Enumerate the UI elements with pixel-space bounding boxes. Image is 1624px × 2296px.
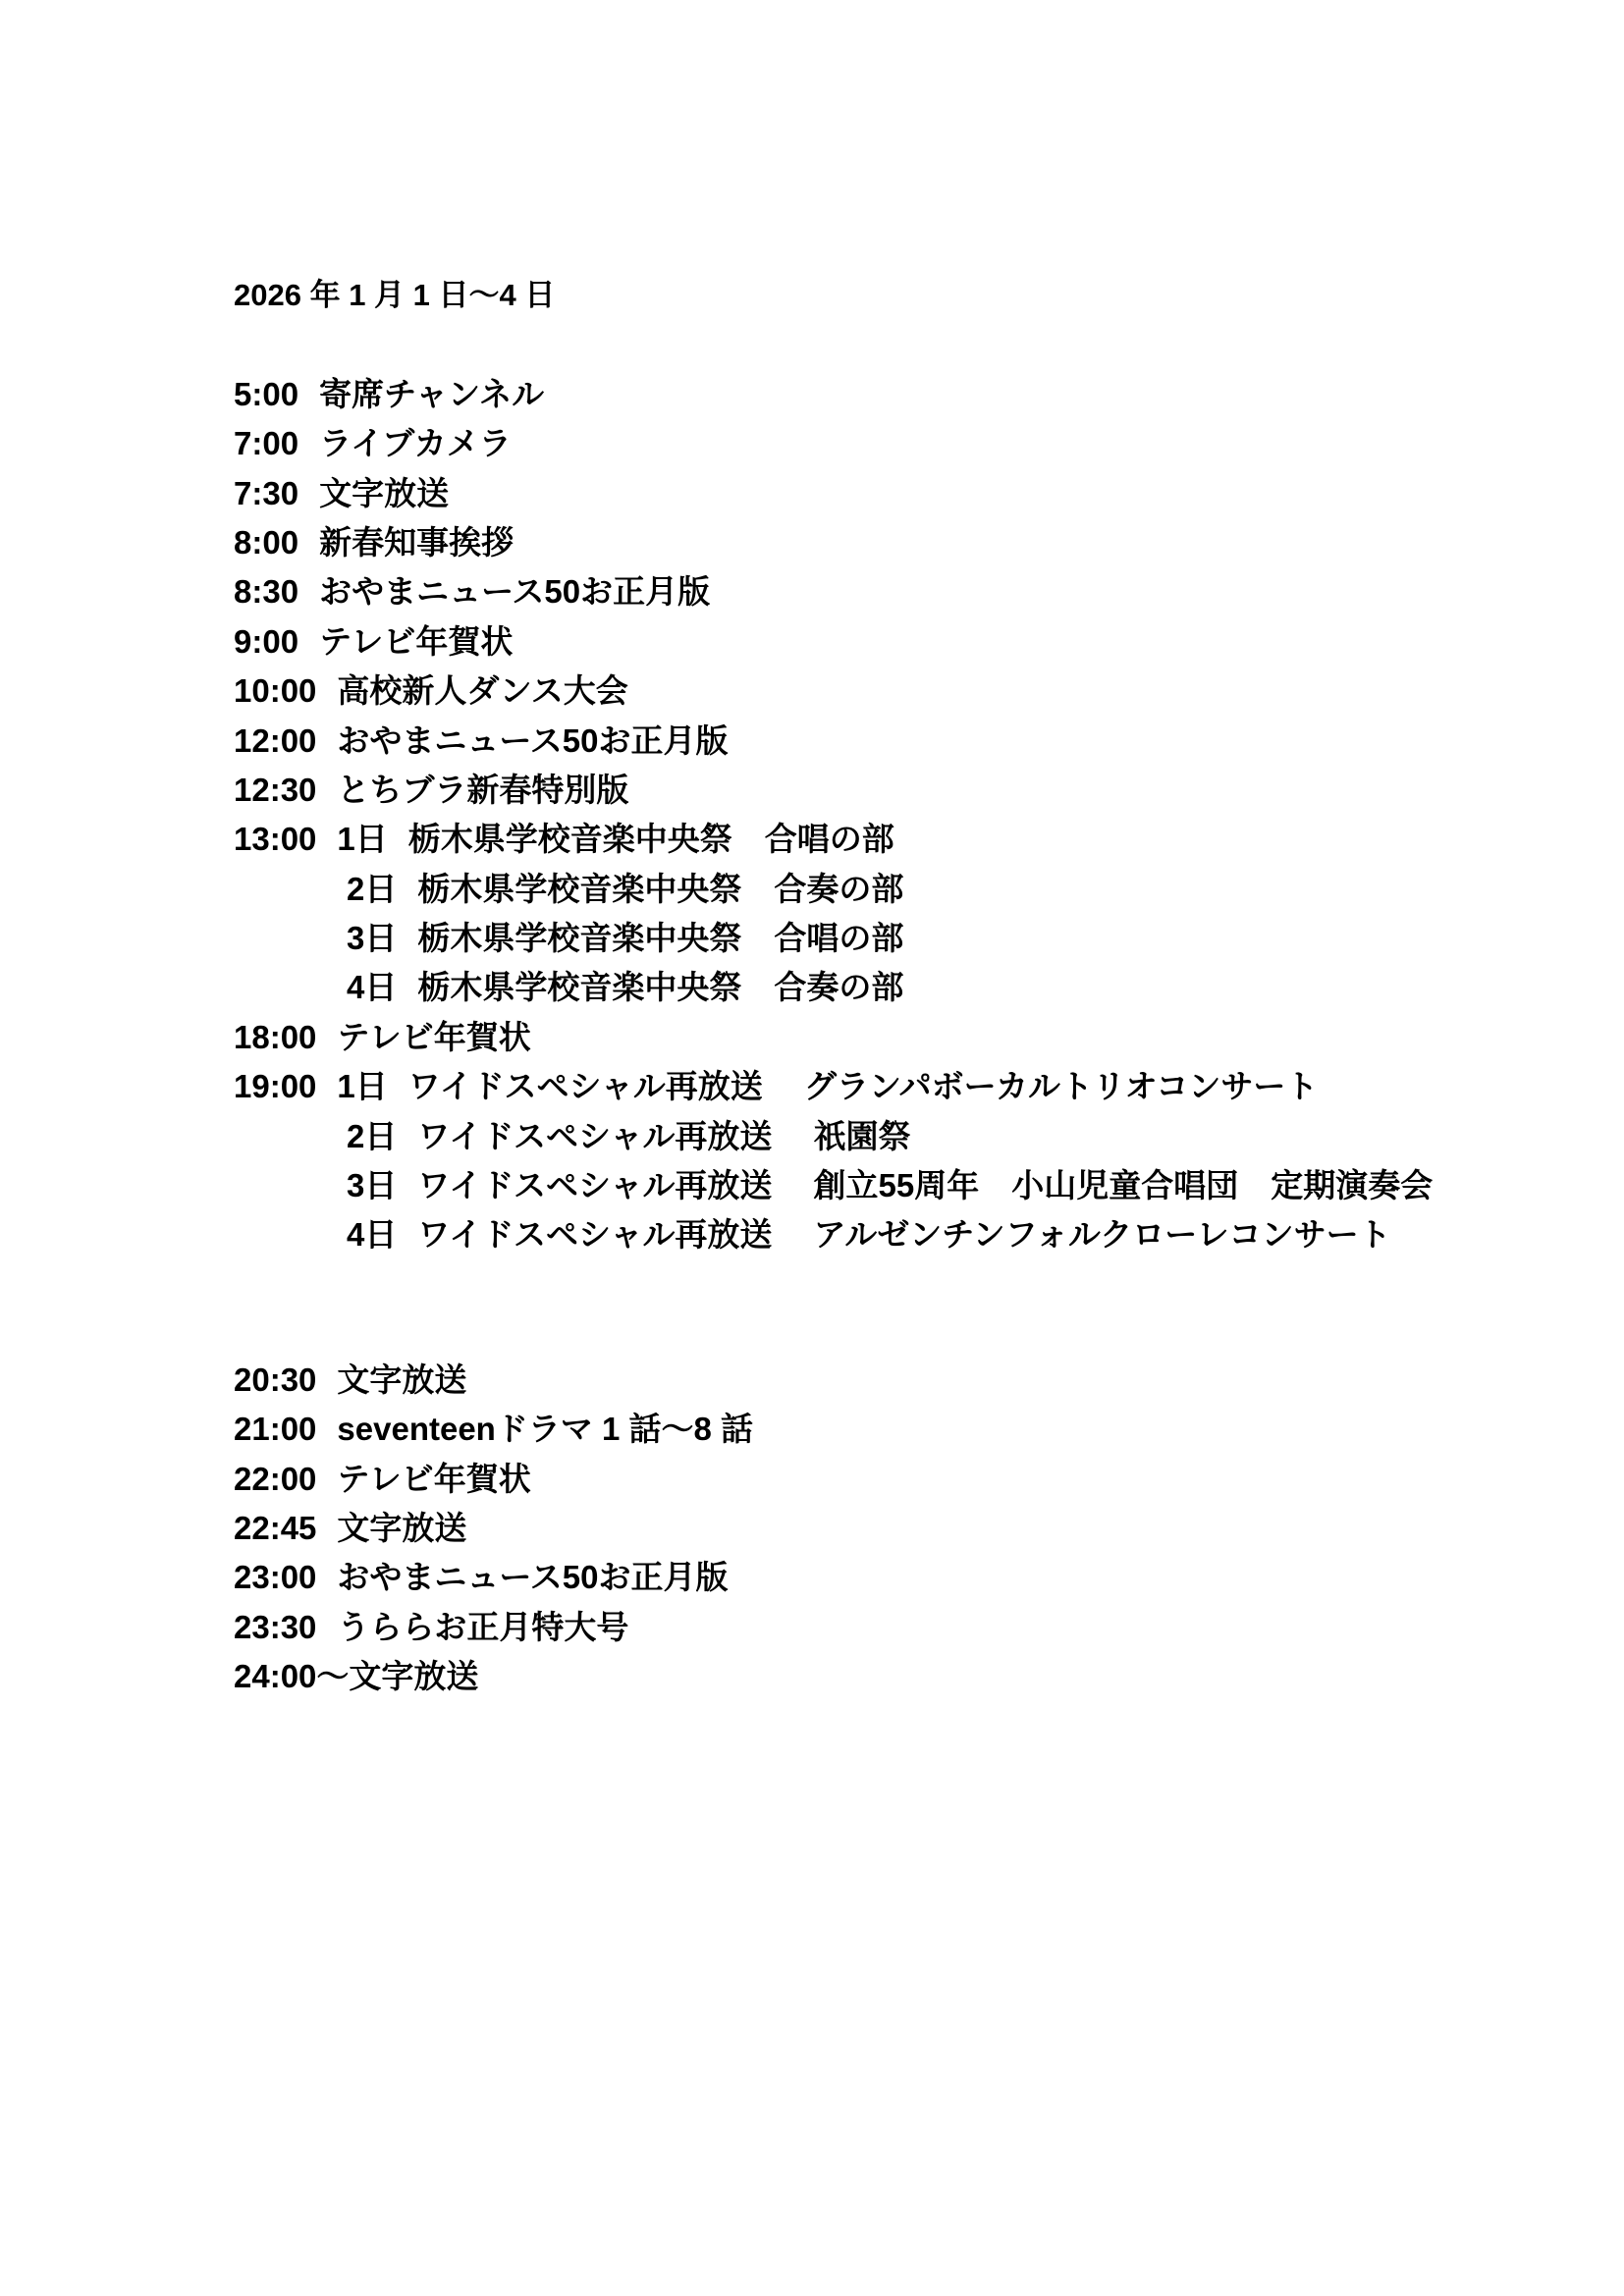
time-label: 21:00 [234, 1411, 316, 1447]
schedule-row: 5:00寄席チャンネル [234, 370, 1433, 419]
program-title: おやまニュース50お正月版 [337, 1559, 728, 1595]
schedule-row: 4日ワイドスペシャル再放送 アルゼンチンフォルクローレコンサート [234, 1210, 1433, 1259]
schedule-row: 2日ワイドスペシャル再放送 祇園祭 [234, 1112, 1433, 1161]
program-title: seventeenドラマ 1 話～8 話 [337, 1411, 753, 1447]
program-title: ワイドスペシャル再放送 グランパボーカルトリオコンサート [408, 1068, 1319, 1104]
program-title: 文字放送 [337, 1362, 466, 1398]
program-title: ライブカメラ [319, 425, 512, 461]
program-title: 新春知事挨拶 [319, 524, 514, 561]
program-title: ワイドスペシャル再放送 アルゼンチンフォルクローレコンサート [417, 1216, 1390, 1253]
day-label: 2日 [347, 871, 397, 907]
schedule-row: 10:00高校新人ダンス大会 [234, 667, 1433, 716]
schedule-row: 22:00テレビ年賀状 [234, 1455, 1433, 1504]
program-title: おやまニュース50お正月版 [319, 573, 710, 610]
schedule-row: 13:001日栃木県学校音楽中央祭 合唱の部 [234, 815, 1433, 864]
program-title: テレビ年賀状 [337, 1019, 530, 1055]
time-label: 18:00 [234, 1019, 316, 1055]
time-label: 12:00 [234, 722, 316, 759]
program-title: うららお正月特大号 [337, 1609, 628, 1645]
schedule-row: 23:30うららお正月特大号 [234, 1603, 1433, 1652]
program-title: テレビ年賀状 [337, 1461, 530, 1497]
schedule-row: 22:45文字放送 [234, 1504, 1433, 1553]
day-label: 3日 [347, 1167, 397, 1203]
time-label: 7:30 [234, 475, 298, 511]
time-label: 19:00 [234, 1068, 316, 1104]
date-range-title: 2026 年 1 月 1 日～4 日 [234, 271, 1433, 320]
program-title: おやまニュース50お正月版 [337, 722, 728, 759]
schedule-row: 24:00～文字放送 [234, 1652, 1433, 1701]
time-label: 23:00 [234, 1559, 316, 1595]
program-title: 高校新人ダンス大会 [337, 672, 627, 709]
program-title: テレビ年賀状 [319, 623, 513, 660]
program-title: 文字放送 [337, 1510, 466, 1546]
time-label: 8:30 [234, 573, 298, 610]
program-title: ワイドスペシャル再放送 祇園祭 [417, 1118, 910, 1154]
time-label: 7:00 [234, 425, 298, 461]
program-title: 文字放送 [349, 1658, 478, 1694]
time-label: 22:00 [234, 1461, 316, 1497]
time-label: 24:00～ [234, 1658, 349, 1694]
schedule-row: 7:00ライブカメラ [234, 419, 1433, 468]
time-label: 22:45 [234, 1510, 316, 1546]
schedule-row: 18:00テレビ年賀状 [234, 1013, 1433, 1062]
time-label: 20:30 [234, 1362, 316, 1398]
schedule-row: 19:001日ワイドスペシャル再放送 グランパボーカルトリオコンサート [234, 1062, 1433, 1111]
document-page: 2026 年 1 月 1 日～4 日 5:00寄席チャンネル7:00ライブカメラ… [0, 0, 1624, 2296]
program-title: 栃木県学校音楽中央祭 合奏の部 [417, 969, 903, 1005]
day-label: 1日 [337, 821, 387, 857]
schedule-row: 8:00新春知事挨拶 [234, 518, 1433, 567]
schedule-row: 23:00おやまニュース50お正月版 [234, 1553, 1433, 1602]
day-label: 4日 [347, 969, 397, 1005]
time-label: 12:30 [234, 772, 316, 808]
time-label: 8:00 [234, 524, 298, 561]
program-title: 栃木県学校音楽中央祭 合奏の部 [417, 871, 903, 907]
day-label: 2日 [347, 1118, 397, 1154]
time-label: 5:00 [234, 376, 298, 412]
program-title: 文字放送 [319, 475, 449, 511]
day-label: 4日 [347, 1216, 397, 1253]
document-content: 2026 年 1 月 1 日～4 日 5:00寄席チャンネル7:00ライブカメラ… [234, 271, 1433, 1702]
day-label: 3日 [347, 920, 397, 956]
schedule-row: 12:30とちブラ新春特別版 [234, 766, 1433, 815]
schedule-row: 21:00seventeenドラマ 1 話～8 話 [234, 1405, 1433, 1454]
schedule-row: 3日ワイドスペシャル再放送 創立55周年 小山児童合唱団 定期演奏会 [234, 1161, 1433, 1210]
schedule-row: 4日栃木県学校音楽中央祭 合奏の部 [234, 963, 1433, 1012]
program-title: 寄席チャンネル [319, 376, 544, 412]
day-label: 1日 [337, 1068, 387, 1104]
schedule-list: 5:00寄席チャンネル7:00ライブカメラ7:30文字放送8:00新春知事挨拶8… [234, 370, 1433, 1702]
program-title: ワイドスペシャル再放送 創立55周年 小山児童合唱団 定期演奏会 [417, 1167, 1433, 1203]
schedule-row: 12:00おやまニュース50お正月版 [234, 717, 1433, 766]
time-label: 13:00 [234, 821, 316, 857]
program-title: 栃木県学校音楽中央祭 合唱の部 [408, 821, 894, 857]
schedule-row: 9:00テレビ年賀状 [234, 617, 1433, 667]
schedule-row: 7:30文字放送 [234, 469, 1433, 518]
program-title: 栃木県学校音楽中央祭 合唱の部 [417, 920, 903, 956]
time-label: 23:30 [234, 1609, 316, 1645]
schedule-row: 3日栃木県学校音楽中央祭 合唱の部 [234, 914, 1433, 963]
program-title: とちブラ新春特別版 [337, 772, 628, 808]
schedule-row: 8:30おやまニュース50お正月版 [234, 567, 1433, 616]
schedule-row: 20:30文字放送 [234, 1356, 1433, 1405]
time-label: 10:00 [234, 672, 316, 709]
schedule-row: 2日栃木県学校音楽中央祭 合奏の部 [234, 865, 1433, 914]
time-label: 9:00 [234, 623, 298, 660]
